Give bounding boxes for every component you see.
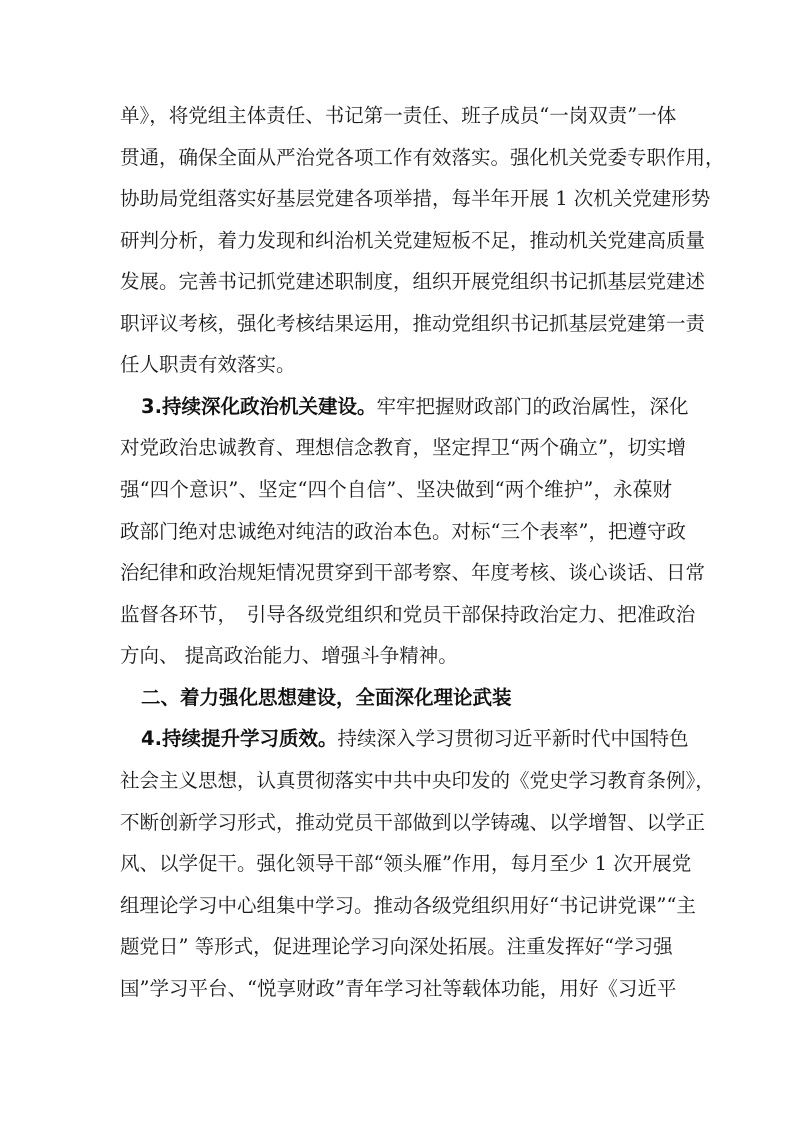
paragraph-line: 监督各环节， 引导各级党组织和党员干部保持政治定力、把准政治 (120, 600, 672, 630)
paragraph-line: 国”学习平台、“悦享财政”青年学习社等载体功能，用好《习近平 (120, 974, 672, 1004)
paragraph-line: 方向、 提高政治能力、增强斗争精神。 (120, 641, 672, 671)
item-4-first-line: 4.持续提升学习质效。持续深入学习贯彻习近平新时代中国特色 (141, 724, 672, 754)
paragraph-line: 强“四个意识”、坚定“四个自信”、坚决做到“两个维护”，永葆财 (120, 475, 672, 505)
paragraph-line: 风、以学促干。强化领导干部“领头雁”作用，每月至少 1 次开展党 (120, 849, 672, 879)
paragraph-line: 发展。完善书记抓党建述职制度，组织开展党组织书记抓基层党建述 (120, 267, 672, 297)
item-3-first-line: 3.持续深化政治机关建设。牢牢把握财政部门的政治属性，深化 (141, 392, 672, 422)
paragraph-line: 不断创新学习形式，推动党员干部做到以学铸魂、以学增智、以学正 (120, 808, 672, 838)
item-4-first-line-text: 持续深入学习贯彻习近平新时代中国特色 (337, 727, 688, 750)
paragraph-line: 任人职责有效落实。 (120, 350, 672, 380)
item-3-title: 3.持续深化政治机关建设。 (141, 395, 376, 418)
paragraph-line: 题党日” 等形式，促进理论学习向深处拓展。注重发挥好“学习强 (120, 932, 672, 962)
paragraph-line: 政部门绝对忠诚绝对纯洁的政治本色。对标“三个表率”，把遵守政 (120, 517, 672, 547)
item-4-title: 4.持续提升学习质效。 (141, 727, 337, 750)
paragraph-line: 对党政治忠诚教育、理想信念教育，坚定捍卫“两个确立”，切实增 (120, 433, 672, 463)
paragraph-line: 研判分析，着力发现和纠治机关党建短板不足，推动机关党建高质量 (120, 226, 672, 256)
document-page: 单》，将党组主体责任、书记第一责任、班子成员“一岗双责”一体 贯通，确保全面从严… (0, 0, 793, 1122)
paragraph-line: 组理论学习中心组集中学习。推动各级党组织用好“书记讲党课”“主 (120, 891, 672, 921)
paragraph-line: 协助局党组落实好基层党建各项举措，每半年开展 1 次机关党建形势 (120, 184, 672, 214)
section-heading: 二、着力强化思想建设，全面深化理论武装 (141, 683, 672, 713)
paragraph-line: 治纪律和政治规矩情况贯穿到干部考察、年度考核、谈心谈话、日常 (120, 558, 672, 588)
item-3-first-line-text: 牢牢把握财政部门的政治属性，深化 (376, 395, 688, 418)
paragraph-line: 贯通，确保全面从严治党各项工作有效落实。强化机关党委专职作用， (120, 143, 672, 173)
paragraph-line: 单》，将党组主体责任、书记第一责任、班子成员“一岗双责”一体 (120, 101, 672, 131)
paragraph-line: 职评议考核，强化考核结果运用，推动党组织书记抓基层党建第一责 (120, 309, 672, 339)
paragraph-line: 社会主义思想，认真贯彻落实中共中央印发的《党史学习教育条例》， (120, 766, 672, 796)
